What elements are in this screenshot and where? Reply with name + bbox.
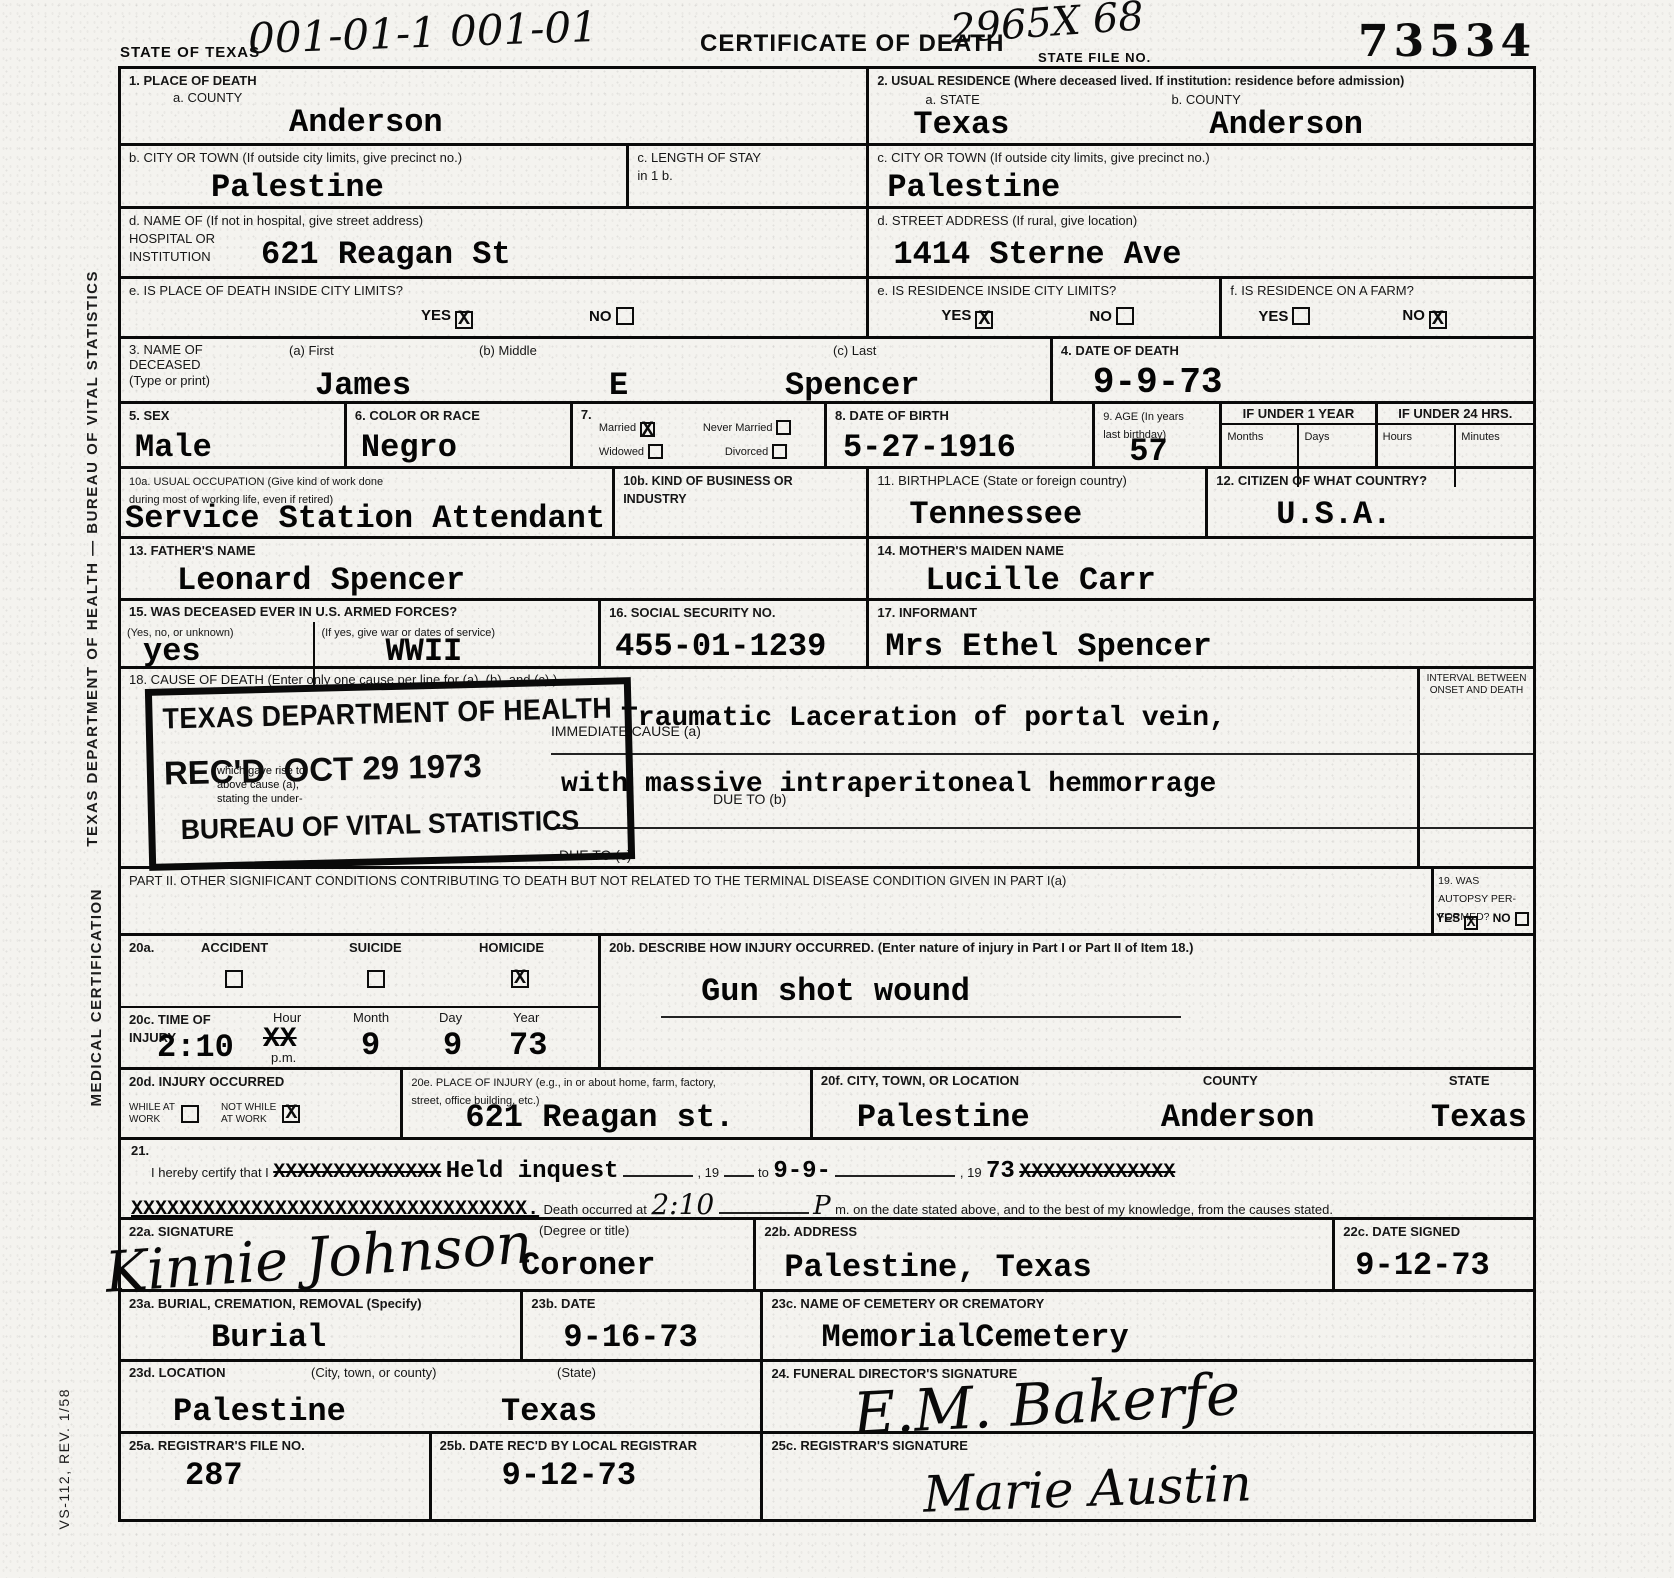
field-certification-statement: 21. I hereby certify that I XXXXXXXXXXXX… — [121, 1140, 1533, 1217]
manner-item-label: 20a. — [129, 940, 154, 955]
registrar-file-label: 25a. REGISTRAR'S FILE NO. — [129, 1438, 305, 1453]
field-ssn: 16. SOCIAL SECURITY NO. 455-01-1239 — [601, 601, 869, 666]
accident-label: ACCIDENT — [201, 940, 268, 955]
ssn-label: 16. SOCIAL SECURITY NO. — [609, 605, 775, 620]
last-name-label: (c) Last — [833, 343, 876, 358]
place-of-injury-value: 621 Reagan st. — [465, 1102, 734, 1134]
field-manner-of-death: 20a. ACCIDENT SUICIDE HOMICIDE X — [121, 936, 598, 1008]
place-city-label: b. CITY OR TOWN (If outside city limits,… — [129, 150, 462, 165]
field-father-name: 13. FATHER'S NAME Leonard Spencer — [121, 539, 869, 598]
first-name-label: (a) First — [289, 343, 334, 358]
no-label: NO — [589, 308, 612, 325]
street-address-value: 1414 Sterne Ave — [893, 239, 1181, 271]
field-injury-location: 20f. CITY, TOWN, OR LOCATION COUNTY STAT… — [813, 1070, 1533, 1137]
field-describe-injury: 20b. DESCRIBE HOW INJURY OCCURRED. (Ente… — [601, 936, 1533, 1067]
injury-state-value: Texas — [1431, 1102, 1527, 1134]
registrar-file-value: 287 — [185, 1460, 243, 1492]
date-signed-value: 9-12-73 — [1355, 1250, 1489, 1282]
while-at-work-checkbox — [181, 1105, 199, 1123]
no-label: NO — [1089, 308, 1112, 325]
certificate-form: 1. PLACE OF DEATH a. COUNTY Anderson 2. … — [118, 66, 1536, 1522]
first-name-value: James — [315, 370, 411, 402]
hours-label: Hours — [1383, 431, 1412, 443]
usual-residence-section-label: 2. USUAL RESIDENCE (Where deceased lived… — [877, 74, 1404, 88]
day-value: 9 — [443, 1030, 462, 1062]
time-of-injury-value: 2:10 — [157, 1032, 234, 1064]
autopsy-yes-checkbox: X — [1464, 916, 1478, 930]
field-citizen: 12. CITIZEN OF WHAT COUNTRY? U.S.A. — [1208, 469, 1533, 536]
field-funeral-director-signature: 24. FUNERAL DIRECTOR'S SIGNATURE E.M. Ba… — [763, 1362, 1533, 1431]
handwritten-header-numbers: 001-01-1 001-01 — [247, 2, 598, 63]
birthplace-value: Tennessee — [909, 499, 1082, 531]
married-checkbox: X — [640, 422, 655, 437]
last-name-value: Spencer — [785, 370, 919, 402]
ssn-value: 455-01-1239 — [615, 631, 826, 663]
accident-checkbox — [225, 970, 243, 988]
yes-label: YES — [1436, 911, 1460, 925]
place-county-value: Anderson — [289, 107, 443, 139]
field-date-received: 25b. DATE REC'D BY LOCAL REGISTRAR 9-12-… — [432, 1434, 764, 1519]
sex-label: 5. SEX — [129, 408, 169, 423]
field-time-of-injury: 20c. TIME OF INJURY 2:10 Hour XX p.m. Mo… — [121, 1008, 598, 1068]
burial-location-city-value: Palestine — [173, 1396, 346, 1428]
middle-name-value: E — [609, 370, 628, 402]
injury-county-value: Anderson — [1161, 1102, 1315, 1134]
yes-label: YES — [421, 307, 451, 324]
field-marital-status: 7. Married X Never Married Widowed Divor… — [573, 404, 827, 466]
injury-state-label: STATE — [1449, 1073, 1490, 1088]
under-24-hrs-label: IF UNDER 24 HRS. — [1378, 404, 1533, 425]
name-of-deceased-label: 3. NAME OF DECEASED (Type or print) — [129, 342, 289, 398]
suicide-checkbox — [367, 970, 385, 988]
citizen-label: 12. CITIZEN OF WHAT COUNTRY? — [1216, 473, 1427, 488]
field-date-signed: 22c. DATE SIGNED 9-12-73 — [1335, 1220, 1533, 1289]
field-age: 9. AGE (In years last birthday) 57 — [1095, 404, 1222, 466]
certify-item-label: 21. — [131, 1143, 149, 1158]
age-value: 57 — [1129, 436, 1167, 468]
residence-county-value: Anderson — [1209, 109, 1363, 141]
armed-forces-label: 15. WAS DECEASED EVER IN U.S. ARMED FORC… — [121, 601, 598, 622]
autopsy-no-checkbox — [1515, 912, 1529, 926]
field-cause-of-death: 18. CAUSE OF DEATH (Enter only one cause… — [121, 669, 1420, 866]
residence-city-value: Palestine — [887, 172, 1060, 204]
cemetery-name-label: 23c. NAME OF CEMETERY OR CREMATORY — [771, 1296, 1044, 1311]
residence-limits-no-checkbox — [1116, 307, 1134, 325]
citizen-value: U.S.A. — [1276, 499, 1391, 531]
widowed-checkbox — [648, 444, 663, 459]
date-of-birth-value: 5-27-1916 — [843, 432, 1016, 464]
death-certificate-scan: TEXAS DEPARTMENT OF HEALTH — BUREAU OF V… — [0, 0, 1674, 1578]
part-2-label: PART II. OTHER SIGNIFICANT CONDITIONS CO… — [129, 873, 1066, 888]
field-place-city: b. CITY OR TOWN (If outside city limits,… — [121, 146, 629, 206]
place-of-death-section-label: 1. PLACE OF DEATH — [129, 73, 257, 88]
street-address-label: d. STREET ADDRESS (If rural, give locati… — [877, 213, 1137, 228]
residence-farm-yes-checkbox — [1292, 307, 1310, 325]
field-part-2-conditions: PART II. OTHER SIGNIFICANT CONDITIONS CO… — [121, 869, 1434, 933]
death-time-handwritten: 2:10 — [651, 1188, 714, 1221]
stamp-department-line: TEXAS DEPARTMENT OF HEALTH — [162, 693, 579, 736]
race-label: 6. COLOR OR RACE — [355, 408, 480, 423]
place-city-value: Palestine — [211, 172, 384, 204]
field-industry: 10b. KIND OF BUSINESS OR INDUSTRY — [615, 469, 869, 536]
never-married-label: Never Married — [703, 422, 773, 434]
year-value: 73 — [509, 1030, 547, 1062]
field-cemetery-name: 23c. NAME OF CEMETERY OR CREMATORY Memor… — [763, 1292, 1533, 1359]
field-length-of-stay: c. LENGTH OF STAY in 1 b. — [629, 146, 869, 206]
place-limits-yes-checkbox: X — [455, 311, 473, 329]
field-residence-city: c. CITY OR TOWN (If outside city limits,… — [869, 146, 1533, 206]
place-city-limits-label: e. IS PLACE OF DEATH INSIDE CITY LIMITS? — [129, 283, 403, 298]
handwritten-file-number: 2965X 68 — [949, 0, 1146, 53]
armed-forces-service: WWII — [385, 636, 462, 668]
death-occurred-text: Death occurred at — [544, 1202, 647, 1217]
date-of-death-value: 9-9-73 — [1093, 365, 1223, 401]
yes-label: YES — [1258, 308, 1288, 325]
certify-strike-1: XXXXXXXXXXXXXX — [273, 1161, 441, 1184]
field-if-under-1-year: IF UNDER 1 YEAR Months Days — [1222, 404, 1377, 466]
field-registrar-file-no: 25a. REGISTRAR'S FILE NO. 287 — [121, 1434, 432, 1519]
certify-pre-text: I hereby certify that I — [151, 1165, 269, 1180]
field-usual-residence: 2. USUAL RESIDENCE (Where deceased lived… — [869, 69, 1533, 143]
stamp-received-line: REC'D OCT 29 1973 — [163, 743, 616, 792]
injury-city-label: 20f. CITY, TOWN, OR LOCATION — [821, 1073, 1019, 1088]
burial-location-label: 23d. LOCATION — [129, 1365, 226, 1380]
hospital-value: 621 Reagan St — [261, 239, 511, 271]
months-label: Months — [1227, 431, 1263, 443]
widowed-label: Widowed — [599, 446, 644, 458]
burial-location-city-label: (City, town, or county) — [311, 1365, 436, 1380]
describe-injury-label: 20b. DESCRIBE HOW INJURY OCCURRED. (Ente… — [609, 940, 1193, 955]
pm-label: p.m. — [271, 1050, 296, 1065]
field-place-of-injury: 20e. PLACE OF INJURY (e.g., in or about … — [403, 1070, 812, 1137]
burial-date-value: 9-16-73 — [563, 1322, 697, 1354]
certify-typed-held-inquest: Held inquest — [446, 1158, 619, 1185]
marital-item-label: 7. — [581, 407, 592, 422]
certify-to: to — [758, 1165, 769, 1180]
injury-occurred-label: 20d. INJURY OCCURRED — [129, 1074, 284, 1089]
burial-date-label: 23b. DATE — [531, 1296, 595, 1311]
cemetery-name-value: MemorialCemetery — [821, 1322, 1128, 1354]
occupation-value: Service Station Attendant — [125, 503, 605, 535]
date-signed-label: 22c. DATE SIGNED — [1343, 1224, 1460, 1239]
mother-name-label: 14. MOTHER'S MAIDEN NAME — [877, 543, 1064, 558]
degree-or-title-value: Coroner — [521, 1250, 655, 1282]
suicide-label: SUICIDE — [349, 940, 402, 955]
while-at-work-label: WHILE AT WORK — [129, 1102, 175, 1126]
field-injury-occurred: 20d. INJURY OCCURRED WHILE AT WORK NOT W… — [121, 1070, 403, 1137]
margin-form-number: VS-112, REV. 1/58 — [56, 1388, 72, 1529]
residence-farm-label: f. IS RESIDENCE ON A FARM? — [1230, 283, 1414, 298]
informant-value: Mrs Ethel Spencer — [885, 631, 1211, 663]
burial-type-value: Burial — [211, 1322, 326, 1354]
field-occupation: 10a. USUAL OCCUPATION (Give kind of work… — [121, 469, 615, 536]
injury-city-value: Palestine — [857, 1102, 1030, 1134]
burial-location-state-value: Texas — [501, 1396, 597, 1428]
health-department-stamp: TEXAS DEPARTMENT OF HEALTH REC'D OCT 29 … — [145, 677, 635, 871]
minutes-label: Minutes — [1461, 431, 1500, 443]
yes-label: YES — [941, 307, 971, 324]
residence-city-label: c. CITY OR TOWN (If outside city limits,… — [877, 150, 1209, 165]
field-residence-farm: f. IS RESIDENCE ON A FARM? YES NOX — [1222, 279, 1533, 336]
field-place-of-death: 1. PLACE OF DEATH a. COUNTY Anderson — [121, 69, 869, 143]
month-value: 9 — [361, 1030, 380, 1062]
divorced-label: Divorced — [725, 446, 768, 458]
county-label: a. COUNTY — [173, 90, 242, 105]
manner-and-time-column: 20a. ACCIDENT SUICIDE HOMICIDE X 20c. TI… — [121, 936, 601, 1067]
year-label: Year — [513, 1010, 539, 1025]
field-certifier-address: 22b. ADDRESS Palestine, Texas — [756, 1220, 1335, 1289]
field-certifier-signature: 22a. SIGNATURE Kinnie Johnson (Degree or… — [121, 1220, 756, 1289]
state-file-no-label: STATE FILE NO. — [1038, 50, 1151, 65]
field-hospital: d. NAME OF (If not in hospital, give str… — [121, 209, 869, 276]
field-birthplace: 11. BIRTHPLACE (State or foreign country… — [869, 469, 1208, 536]
middle-name-label: (b) Middle — [479, 343, 537, 358]
date-of-birth-label: 8. DATE OF BIRTH — [835, 408, 949, 423]
certify-tail-text: m. on the date stated above, and to the … — [835, 1202, 1333, 1217]
degree-or-title-label: (Degree or title) — [539, 1223, 629, 1238]
certify-typed-date: 9-9- — [773, 1158, 831, 1185]
stamp-date: OCT 29 1973 — [283, 747, 482, 789]
death-meridian-handwritten: P — [813, 1191, 831, 1221]
residence-limits-label: e. IS RESIDENCE INSIDE CITY LIMITS? — [877, 283, 1116, 298]
margin-medical-certification-text: MEDICAL CERTIFICATION — [88, 888, 105, 1106]
not-while-at-work-checkbox: X — [282, 1105, 300, 1123]
field-burial-location: 23d. LOCATION (City, town, or county) (S… — [121, 1362, 763, 1431]
homicide-label: HOMICIDE — [479, 940, 544, 955]
injury-county-label: COUNTY — [1203, 1073, 1258, 1088]
never-married-checkbox — [776, 420, 791, 435]
residence-limits-yes-checkbox: X — [975, 311, 993, 329]
field-sex: 5. SEX Male — [121, 404, 347, 466]
registrar-signature-script: Marie Austin — [923, 1454, 1253, 1523]
length-of-stay-label: c. LENGTH OF STAY in 1 b. — [637, 150, 761, 183]
father-name-label: 13. FATHER'S NAME — [129, 543, 255, 558]
certifier-address-value: Palestine, Texas — [784, 1252, 1091, 1284]
industry-label: 10b. KIND OF BUSINESS OR INDUSTRY — [623, 474, 792, 506]
date-received-value: 9-12-73 — [502, 1460, 636, 1492]
no-label: NO — [1402, 307, 1425, 324]
certifier-address-label: 22b. ADDRESS — [764, 1224, 857, 1239]
date-received-label: 25b. DATE REC'D BY LOCAL REGISTRAR — [440, 1438, 697, 1453]
residence-farm-no-checkbox: X — [1429, 311, 1447, 329]
not-while-at-work-label: NOT WHILE AT WORK — [221, 1102, 276, 1126]
day-label: Day — [439, 1010, 462, 1025]
field-mother-name: 14. MOTHER'S MAIDEN NAME Lucille Carr — [869, 539, 1533, 598]
burial-location-state-label: (State) — [557, 1365, 596, 1380]
residence-state-value: Texas — [913, 109, 1009, 141]
place-limits-no-checkbox — [616, 307, 634, 325]
field-date-of-birth: 8. DATE OF BIRTH 5-27-1916 — [827, 404, 1095, 466]
describe-injury-value: Gun shot wound — [701, 976, 970, 1008]
month-label: Month — [353, 1010, 389, 1025]
stamp-bureau-line: BUREAU OF VITAL STATISTICS — [165, 804, 595, 846]
married-label: Married — [599, 422, 636, 434]
certify-19-a: , 19 — [697, 1165, 719, 1180]
certify-typed-year: 73 — [986, 1158, 1015, 1185]
field-date-of-death: 4. DATE OF DEATH 9-9-73 — [1053, 339, 1533, 401]
armed-forces-answer: yes — [143, 636, 201, 668]
field-interval-column: INTERVAL BETWEEN ONSET AND DEATH — [1420, 669, 1533, 866]
field-place-city-limits: e. IS PLACE OF DEATH INSIDE CITY LIMITS?… — [121, 279, 869, 336]
certificate-number: 73534 — [1358, 16, 1536, 67]
informant-label: 17. INFORMANT — [877, 605, 977, 620]
birthplace-label: 11. BIRTHPLACE (State or foreign country… — [877, 473, 1127, 488]
field-street-address: d. STREET ADDRESS (If rural, give locati… — [869, 209, 1533, 276]
divorced-checkbox — [772, 444, 787, 459]
mother-name-value: Lucille Carr — [925, 565, 1155, 597]
field-name-of-deceased: 3. NAME OF DECEASED (Type or print) (a) … — [121, 339, 1053, 401]
sex-value: Male — [135, 432, 212, 464]
days-label: Days — [1304, 431, 1329, 443]
immediate-cause-value: Traumatic Laceration of portal vein, — [621, 705, 1226, 733]
field-autopsy: 19. WAS AUTOPSY PER- FORMED? YESX NO — [1434, 869, 1533, 933]
margin-department-text: TEXAS DEPARTMENT OF HEALTH — BUREAU OF V… — [84, 270, 101, 847]
father-name-value: Leonard Spencer — [177, 565, 465, 597]
homicide-checkbox: X — [511, 970, 529, 988]
state-of-texas-label: STATE OF TEXAS — [120, 44, 260, 61]
field-race: 6. COLOR OR RACE Negro — [347, 404, 573, 466]
certify-strike-2: XXXXXXXXXXXXX — [1019, 1161, 1175, 1184]
under-1-year-label: IF UNDER 1 YEAR — [1222, 404, 1374, 425]
field-informant: 17. INFORMANT Mrs Ethel Spencer — [869, 601, 1533, 666]
field-burial-date: 23b. DATE 9-16-73 — [523, 1292, 763, 1359]
race-value: Negro — [361, 432, 457, 464]
field-if-under-24-hrs: IF UNDER 24 HRS. Hours Minutes — [1378, 404, 1533, 466]
field-armed-forces: 15. WAS DECEASED EVER IN U.S. ARMED FORC… — [121, 601, 601, 666]
stamp-recd-label: REC'D — [163, 752, 265, 791]
field-burial-type: 23a. BURIAL, CREMATION, REMOVAL (Specify… — [121, 1292, 523, 1359]
interval-label: INTERVAL BETWEEN ONSET AND DEATH — [1424, 673, 1529, 697]
due-to-b-value: with massive intraperitoneal hemmorrage — [561, 771, 1216, 799]
certify-19-b: , 19 — [960, 1165, 982, 1180]
field-residence-city-limits: e. IS RESIDENCE INSIDE CITY LIMITS? YESX… — [869, 279, 1222, 336]
date-of-death-label: 4. DATE OF DEATH — [1061, 343, 1179, 358]
no-label: NO — [1493, 911, 1511, 925]
